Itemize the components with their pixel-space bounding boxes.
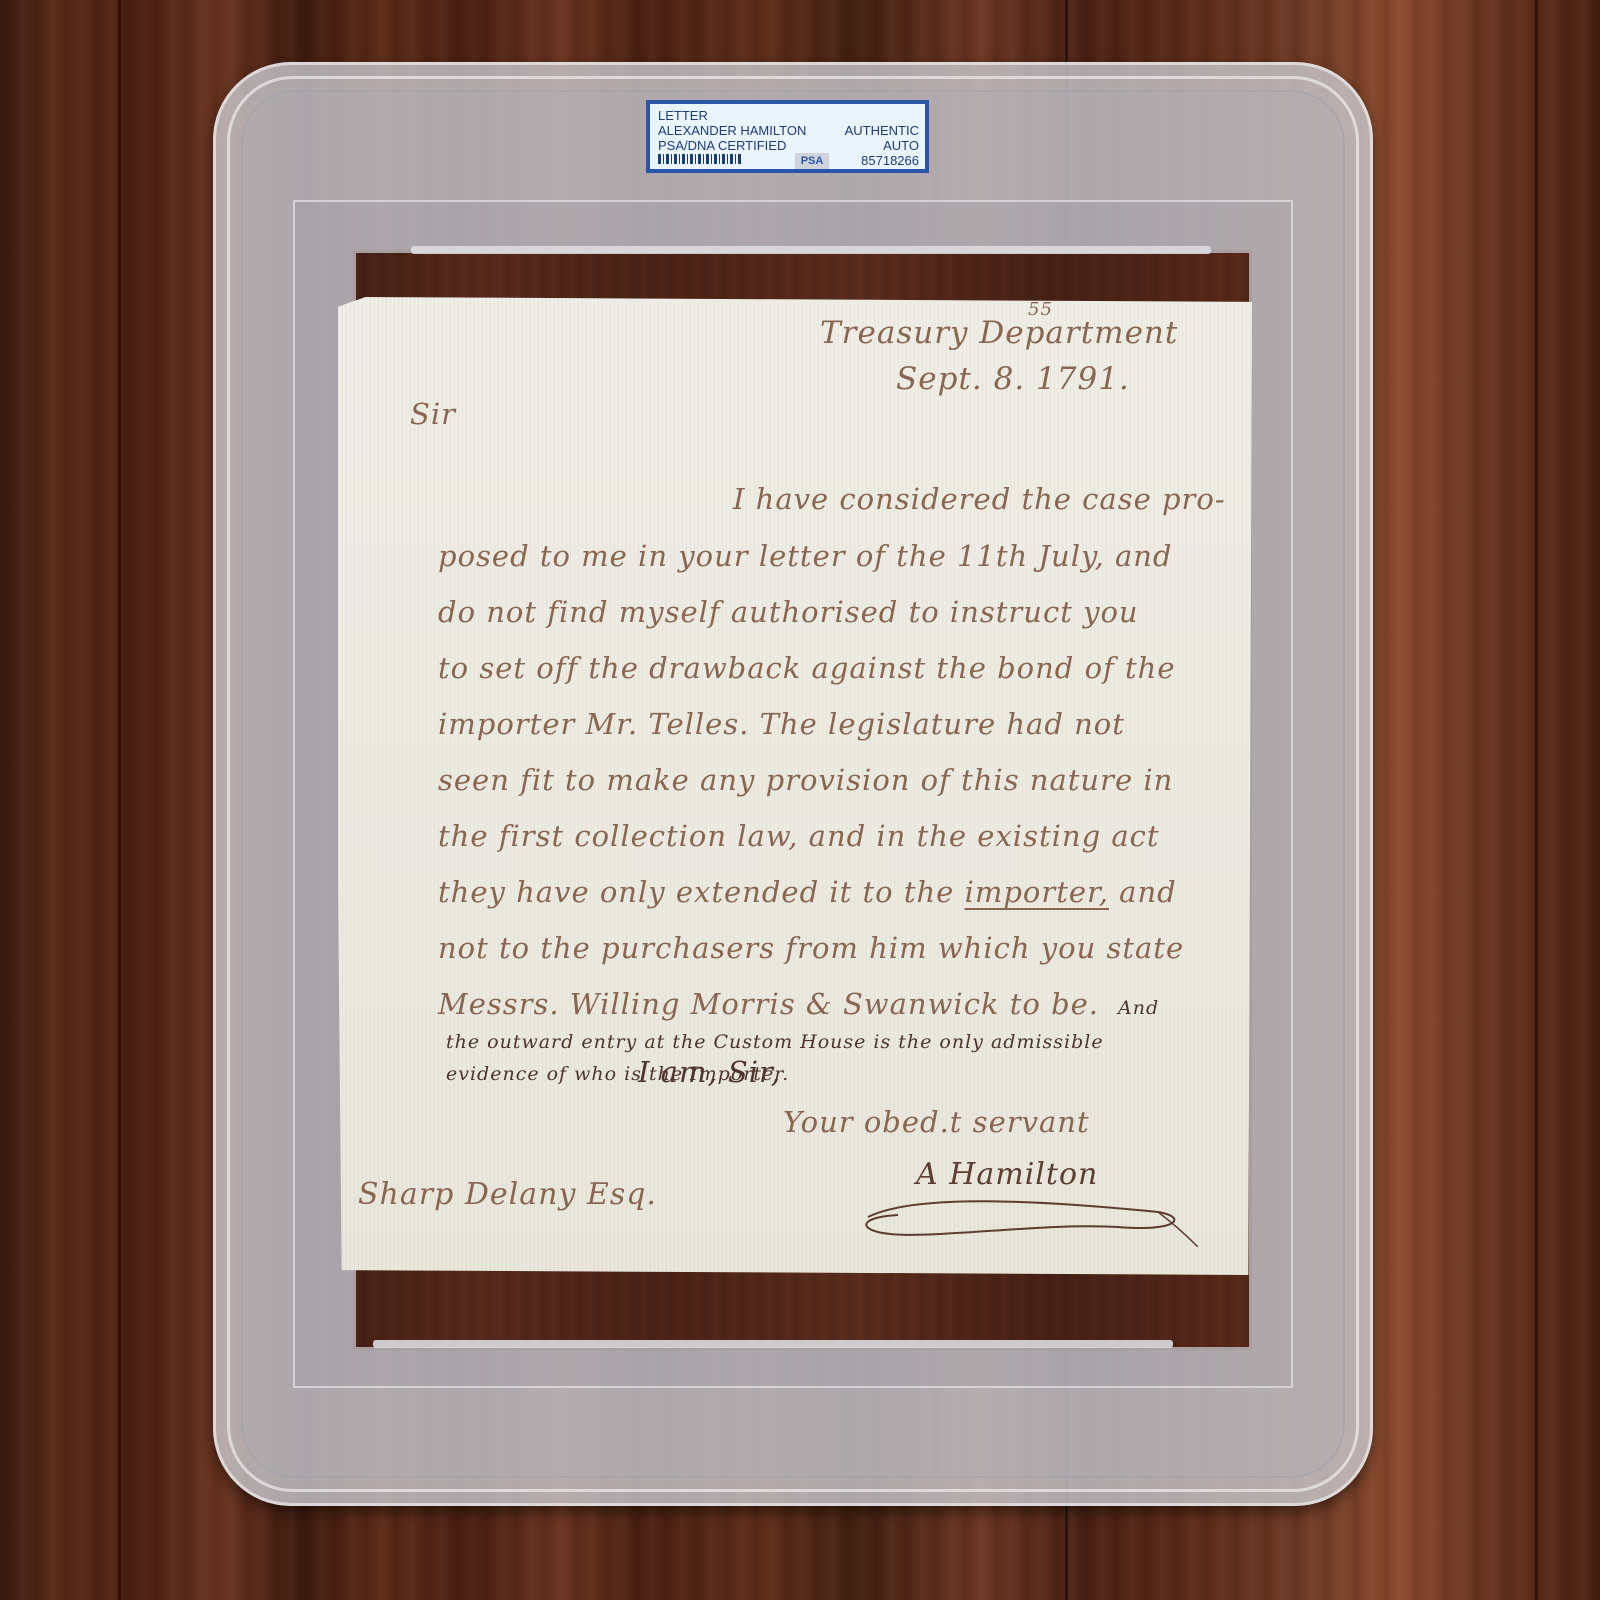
label-certifier: PSA/DNA CERTIFIED: [658, 138, 806, 153]
signature-flourish-icon: [858, 1187, 1198, 1247]
body-line-text: they have only extended it to the: [438, 875, 954, 909]
label-cert-number: 85718266: [845, 153, 919, 168]
body-line: do not find myself authorised to instruc…: [438, 595, 1139, 629]
body-line: posed to me in your letter of the 11th J…: [438, 539, 1172, 573]
body-line: not to the purchasers from him which you…: [438, 931, 1184, 965]
certification-label: LETTER ALEXANDER HAMILTON PSA/DNA CERTIF…: [646, 100, 929, 173]
body-line: importer Mr. Telles. The legislature had…: [438, 707, 1125, 741]
slab-clip: [411, 246, 1211, 254]
body-line: the first collection law, and in the exi…: [438, 819, 1160, 853]
body-line: they have only extended it to the import…: [438, 875, 1177, 909]
letter-heading: Treasury Department: [820, 315, 1178, 351]
closing-line: Your obed.t servant: [783, 1105, 1090, 1139]
floor-seam: [118, 0, 121, 1600]
label-grade: AUTO: [845, 138, 919, 153]
addressee: Sharp Delany Esq.: [358, 1177, 657, 1212]
label-subject: ALEXANDER HAMILTON: [658, 123, 806, 138]
body-line: I have considered the case pro-: [733, 482, 1226, 516]
salutation: Sir: [410, 397, 456, 431]
body-line: seen fit to make any provision of this n…: [438, 763, 1173, 797]
barcode-icon: [658, 154, 742, 164]
body-line: to set off the drawback against the bond…: [438, 651, 1175, 685]
letter-date: Sept. 8. 1791.: [896, 361, 1130, 397]
closing-line: I am, Sir,: [638, 1055, 781, 1089]
body-line-text: and: [1119, 875, 1177, 909]
underlined-word: importer,: [965, 875, 1109, 909]
hamilton-letter: 55 Treasury Department Sept. 8. 1791. Si…: [338, 297, 1252, 1275]
label-item-type: LETTER: [658, 108, 806, 123]
psa-logo-icon: PSA: [795, 153, 829, 169]
insert-line: And: [1118, 997, 1159, 1019]
insert-line: the outward entry at the Custom House is…: [446, 1031, 1104, 1053]
slab-clip: [373, 1340, 1173, 1348]
label-status: AUTHENTIC: [845, 123, 919, 138]
body-line: Messrs. Willing Morris & Swanwick to be.: [438, 987, 1099, 1021]
floor-seam: [1535, 0, 1538, 1600]
